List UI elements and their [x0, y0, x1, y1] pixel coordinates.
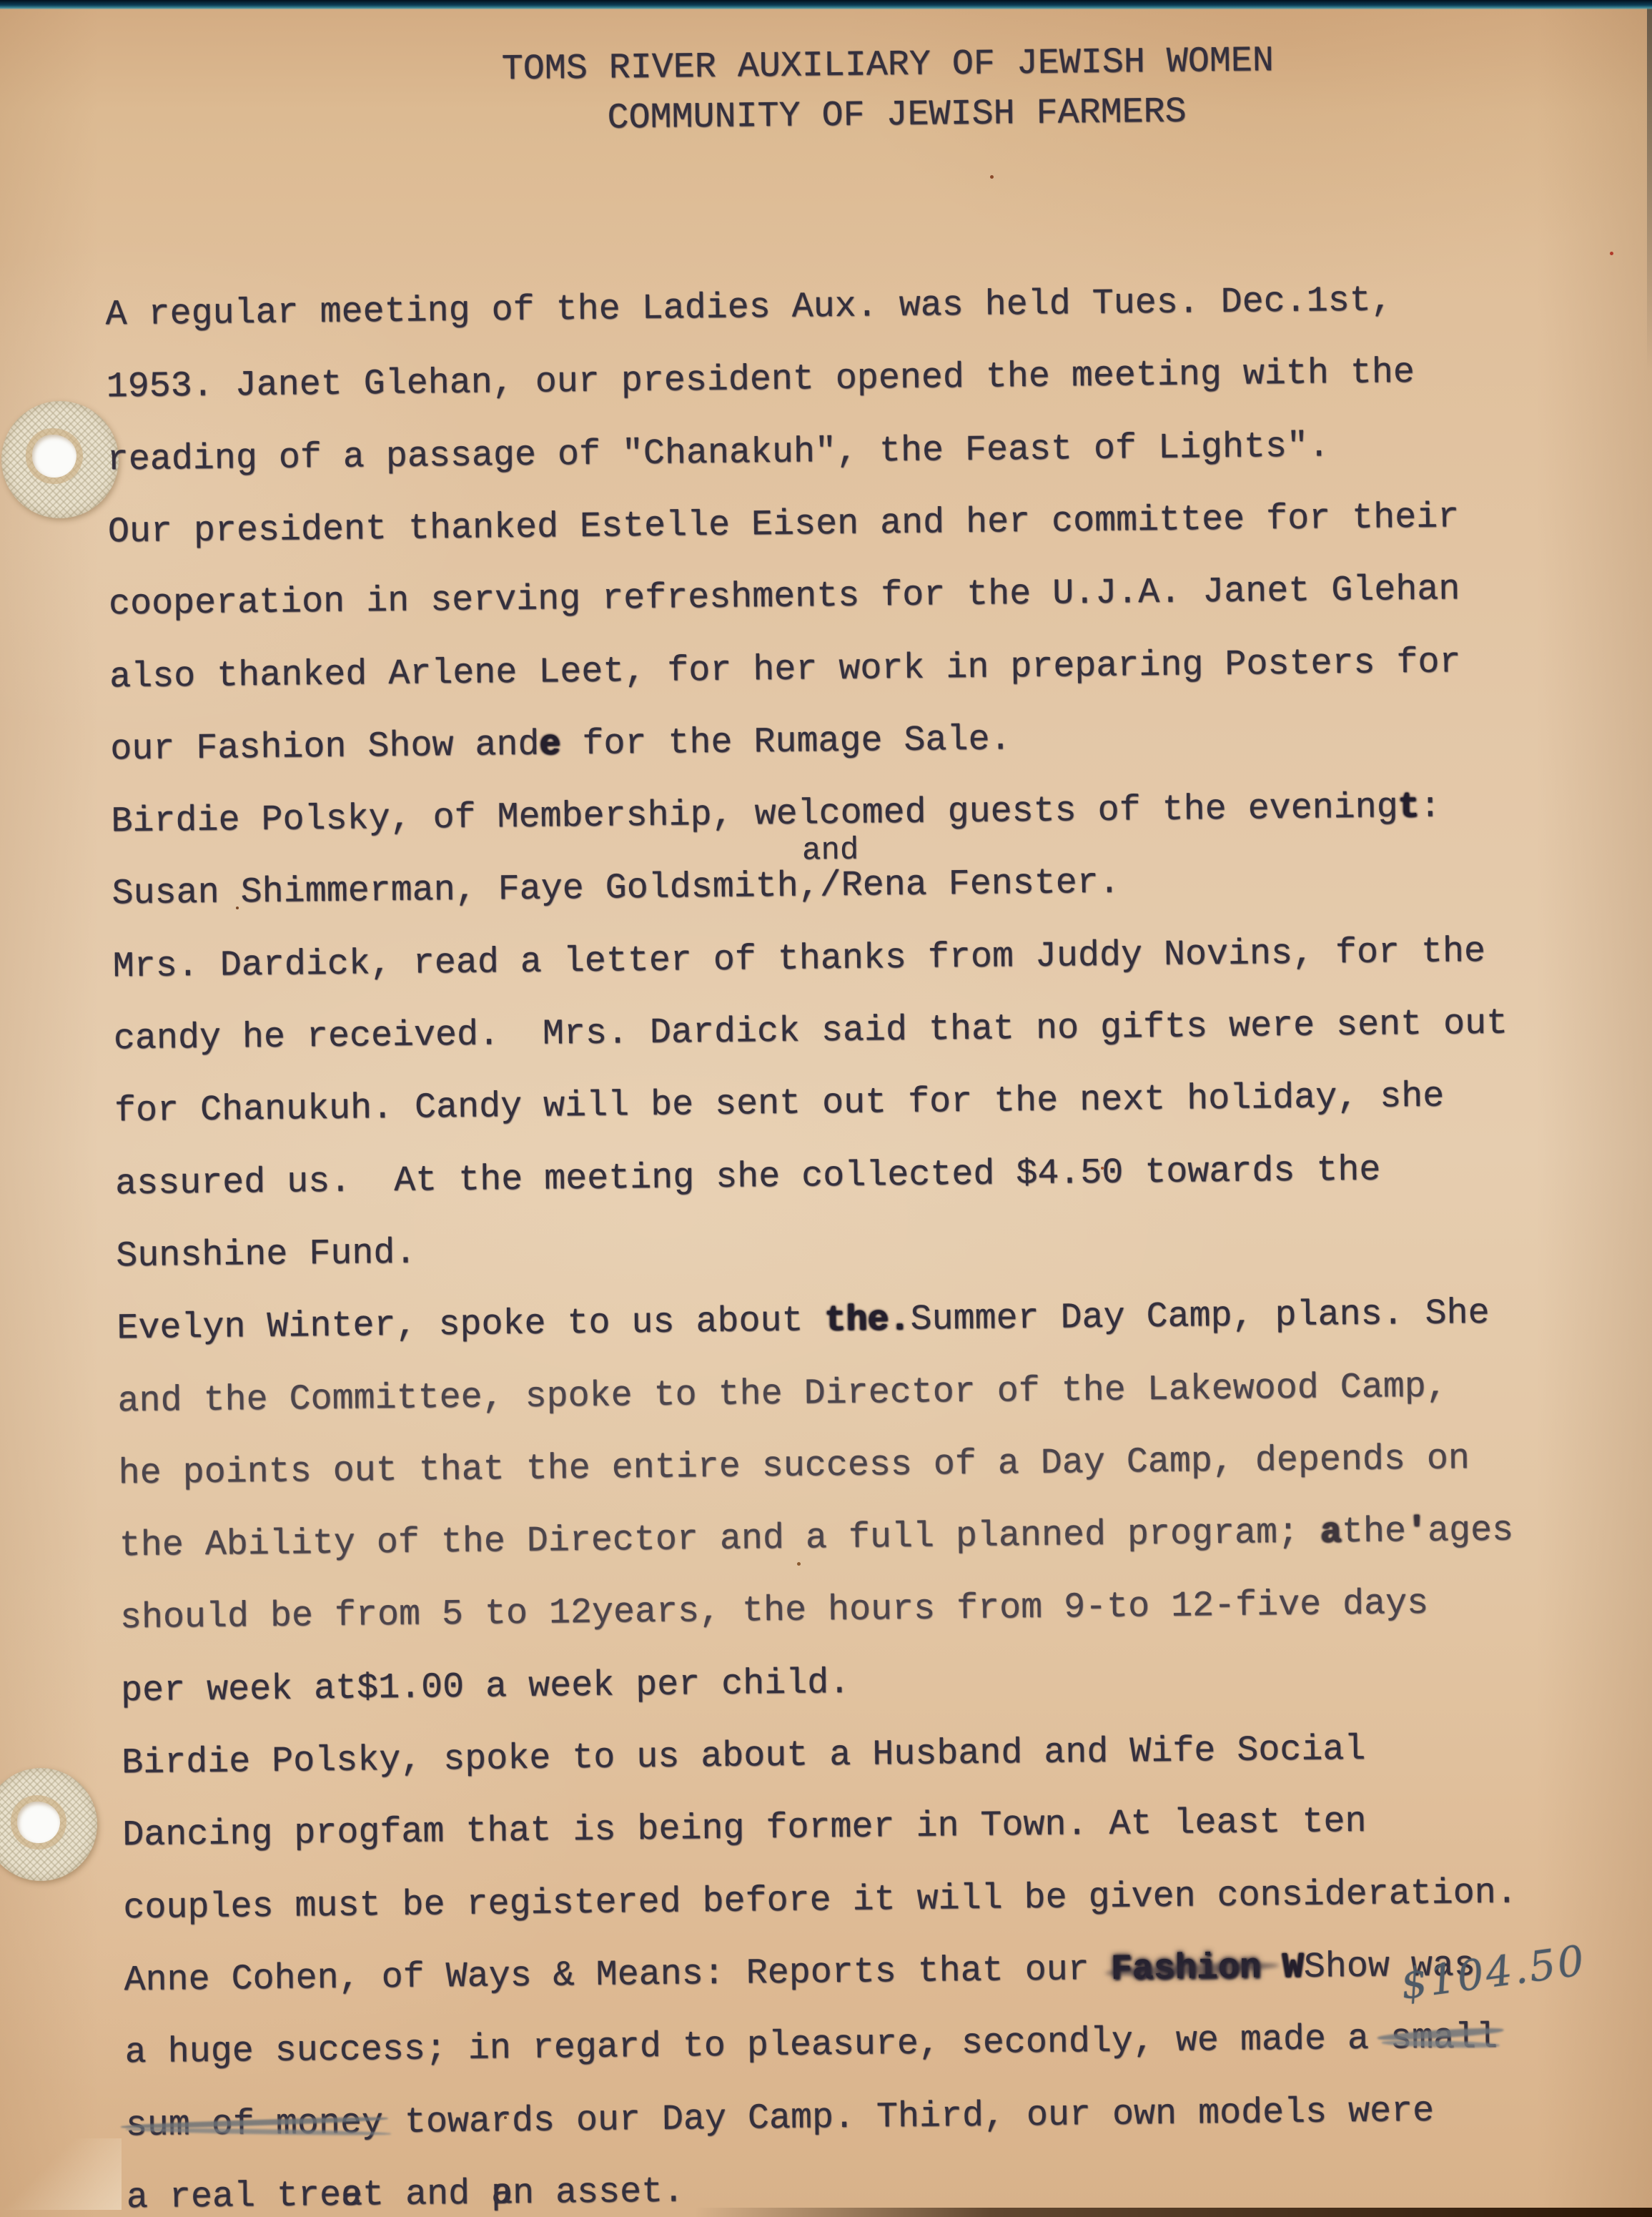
- typed-line-12: for Chanukuh. Candy will be sent out for…: [114, 1077, 1445, 1132]
- typed-segment-x: e: [539, 724, 561, 765]
- typed-segment-x: ': [1406, 1511, 1428, 1552]
- typed-segment: cooperation in serving refreshments for …: [109, 569, 1460, 625]
- scanner-edge-bottom: [0, 2208, 1652, 2217]
- typed-segment: he points out that the entire success of…: [118, 1438, 1470, 1494]
- typed-segment: our Fashion Show and: [110, 724, 540, 770]
- typed-insertion-word: and: [802, 833, 859, 869]
- typed-line-22: Dancing progfam that is being former in …: [122, 1802, 1367, 1856]
- typed-segment: Birdie Polsky, of Membership, welcomed g…: [111, 787, 1398, 842]
- typed-segment-x: t: [1398, 787, 1420, 828]
- scanned-document-page: { "page": { "paper_color": "#e3c7a7", "i…: [0, 0, 1652, 2217]
- typed-segment: Birdie Polsky, spoke to us about a Husba…: [122, 1729, 1366, 1784]
- paper-speck: [236, 907, 239, 909]
- typed-line-16: and the Committee, spoke to the Director…: [117, 1367, 1448, 1422]
- typed-segment: for the Rumage Sale.: [560, 719, 1012, 765]
- typed-segment: :: [1419, 787, 1441, 828]
- typed-segment: the: [1342, 1511, 1407, 1553]
- typed-segment: Mrs. Dardick, read a letter of thanks fr…: [112, 931, 1485, 987]
- typed-segment: Evelyn Winter, spoke to us about: [117, 1300, 825, 1349]
- typed-line-6: also thanked Arlene Leet, for her work i…: [109, 643, 1461, 698]
- typed-segment: should be from 5 to 12years, the hours f…: [120, 1584, 1429, 1639]
- typed-segment: Anne Cohen, of Ways & Means: Reports tha…: [124, 1950, 1111, 2001]
- typed-segment: couples must be registered before it wil…: [123, 1872, 1518, 1929]
- paper-speck: [1610, 252, 1613, 255]
- typed-line-2: 1953. Janet Glehan, our president opened…: [106, 353, 1415, 408]
- corner-fold: [0, 2138, 122, 2210]
- typed-line-5: cooperation in serving refreshments for …: [109, 570, 1460, 625]
- typed-segment-ps2: sum of money: [126, 2103, 384, 2146]
- scanner-edge-top: [0, 0, 1652, 9]
- typed-line-26: sum of money towards our Day Camp. Third…: [126, 2091, 1435, 2146]
- typed-segment: A regular meeting of the Ladies Aux. was…: [105, 280, 1393, 335]
- paper-speck: [797, 1562, 801, 1566]
- typed-line-20: per week at$1.00 a week per child.: [121, 1663, 851, 1711]
- typed-line-10: Mrs. Dardick, read a letter of thanks fr…: [112, 932, 1485, 987]
- typed-line-21: Birdie Polsky, spoke to us about a Husba…: [122, 1730, 1366, 1784]
- typed-segment: Summer Day Camp, plans. She: [910, 1293, 1490, 1340]
- typed-segment: a huge success; in regard to pleasure, s…: [124, 2019, 1390, 2074]
- typed-line-15: Evelyn Winter, spoke to us about the.Sum…: [117, 1294, 1490, 1349]
- typed-segment-x: the.: [824, 1300, 911, 1341]
- typed-line-18: the Ability of the Director and a full p…: [119, 1511, 1514, 1566]
- typed-segment-x: W: [1282, 1947, 1305, 1988]
- typed-segment: assured us. At the meeting she collected…: [115, 1150, 1381, 1205]
- paper-speck: [990, 175, 994, 179]
- document-title-line-1: TOMS RIVER AUXILIARY OF JEWISH WOMEN: [502, 41, 1275, 90]
- typed-line-23: couples must be registered before it wil…: [123, 1873, 1518, 1929]
- typed-line-19: should be from 5 to 12years, the hours f…: [120, 1584, 1429, 1639]
- typed-segment: towards our Day Camp. Third, our own mod…: [383, 2090, 1435, 2143]
- typed-segment: and the Committee, spoke to the Director…: [117, 1366, 1448, 1422]
- typed-segment: also thanked Arlene Leet, for her work i…: [109, 642, 1461, 698]
- typed-segment: Dancing progfam that is being former in …: [122, 1802, 1367, 1856]
- typed-segment-sm: Fashion: [1110, 1947, 1261, 1990]
- document-title-line-2: COMMUNITY OF JEWISH FARMERS: [607, 92, 1187, 139]
- typed-line-1: A regular meeting of the Ladies Aux. was…: [105, 281, 1393, 335]
- typed-segment: the Ability of the Director and a full p…: [119, 1513, 1321, 1567]
- typed-segment: ages: [1428, 1510, 1514, 1551]
- typed-line-11: candy he received. Mrs. Dardick said tha…: [114, 1004, 1508, 1060]
- typed-line-14: Sunshine Fund.: [116, 1233, 417, 1277]
- typed-line-4: Our president thanked Estelle Eisen and …: [108, 498, 1460, 553]
- typed-segment-x: a: [1320, 1512, 1342, 1553]
- typed-segment-ps: small: [1390, 2018, 1498, 2060]
- typed-line-9: Susan Shimmerman, Faye Goldsmith,/Rena F…: [112, 864, 1120, 915]
- typed-line-13: assured us. At the meeting she collected…: [115, 1150, 1381, 1205]
- typed-line-8: Birdie Polsky, of Membership, welcomed g…: [111, 788, 1441, 843]
- typed-line-25: a huge success; in regard to pleasure, s…: [124, 2018, 1498, 2073]
- typed-segment: Our president thanked Estelle Eisen and …: [108, 497, 1460, 553]
- typed-line-24: Anne Cohen, of Ways & Means: Reports tha…: [124, 1946, 1475, 2001]
- typed-segment: for Chanukuh. Candy will be sent out for…: [114, 1077, 1445, 1132]
- typed-line-3: reading of a passage of "Chanakuh", the …: [107, 427, 1330, 480]
- typed-line-7: our Fashion Show ande for the Rumage Sal…: [110, 720, 1012, 770]
- typed-segment: reading of a passage of "Chanakuh", the …: [107, 426, 1330, 480]
- typed-segment: 1953. Janet Glehan, our president opened…: [106, 352, 1415, 408]
- typed-segment: candy he received. Mrs. Dardick said tha…: [114, 1003, 1508, 1060]
- typewritten-content: TOMS RIVER AUXILIARY OF JEWISH WOMEN COM…: [0, 0, 1652, 2217]
- typed-segment: Sunshine Fund.: [116, 1233, 417, 1277]
- scan-edge-shadow: [1647, 0, 1652, 372]
- paper-speck: [1101, 1167, 1104, 1170]
- typed-line-17: he points out that the entire success of…: [118, 1439, 1470, 1494]
- typed-segment: Susan Shimmerman, Faye Goldsmith,/Rena F…: [112, 863, 1120, 915]
- paper-speck: [504, 2116, 507, 2119]
- typed-segment: per week at$1.00 a week per child.: [121, 1662, 851, 1711]
